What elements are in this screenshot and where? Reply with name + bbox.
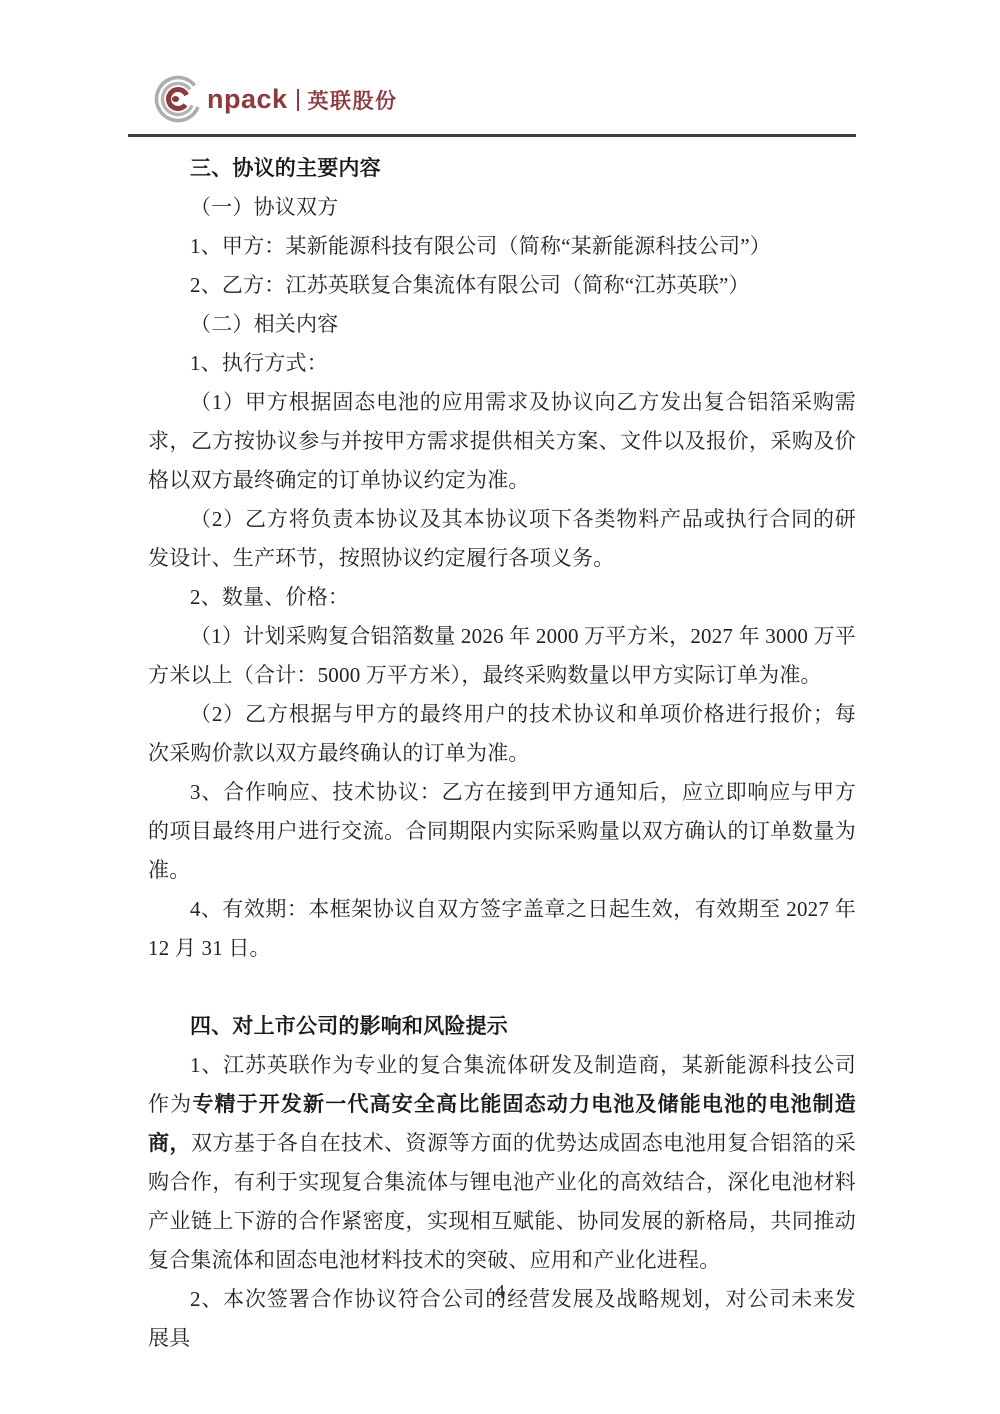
execution-method-subheading: 1、执行方式： xyxy=(148,344,856,383)
execution-clause-1: （1）甲方根据固态电池的应用需求及协议向乙方发出复合铝箔采购需求，乙方按协议参与… xyxy=(148,383,856,500)
price-clause: （2）乙方根据与甲方的最终用户的技术协议和单项价格进行报价；每次采购价款以双方最… xyxy=(148,695,856,773)
page-number: 4 xyxy=(495,1281,505,1303)
enpack-e-mark-icon xyxy=(154,70,206,126)
document-body: 三、协议的主要内容 （一）协议双方 1、甲方：某新能源科技有限公司（简称“某新能… xyxy=(148,149,856,1358)
section-4-heading: 四、对上市公司的影响和风险提示 xyxy=(148,1007,856,1046)
page-header: npack 英联股份 xyxy=(0,0,1000,140)
quantity-price-subheading: 2、数量、价格： xyxy=(148,578,856,617)
quantity-clause: （1）计划采购复合铝箔数量 2026 年 2000 万平方米，2027 年 30… xyxy=(148,617,856,695)
validity-clause: 4、有效期：本框架协议自双方签字盖章之日起生效，有效期至 2027 年 12 月… xyxy=(148,890,856,968)
cooperation-clause: 3、合作响应、技术协议：乙方在接到甲方通知后，应立即响应与甲方的项目最终用户进行… xyxy=(148,773,856,890)
company-logo: npack 英联股份 xyxy=(154,70,398,126)
page-footer: 4 xyxy=(0,1281,1000,1304)
logo-wordmark: npack xyxy=(207,86,288,113)
parties-subheading: （一）协议双方 xyxy=(148,188,856,227)
section-3-heading: 三、协议的主要内容 xyxy=(148,149,856,188)
party-a-line: 1、甲方：某新能源科技有限公司（简称“某新能源科技公司”） xyxy=(148,227,856,266)
impact-run-normal-2: 双方基于各自在技术、资源等方面的优势达成固态电池用复合铝箔的采购合作，有利于实现… xyxy=(148,1131,856,1272)
related-content-subheading: （二）相关内容 xyxy=(148,305,856,344)
logo-divider xyxy=(297,89,299,111)
logo-chinese-name: 英联股份 xyxy=(308,85,398,115)
header-rule xyxy=(128,134,856,137)
impact-paragraph-1: 1、江苏英联作为专业的复合集流体研发及制造商，某新能源科技公司作为专精于开发新一… xyxy=(148,1046,856,1280)
execution-clause-2: （2）乙方将负责本协议及其本协议项下各类物料产品或执行合同的研发设计、生产环节，… xyxy=(148,500,856,578)
party-b-line: 2、乙方：江苏英联复合集流体有限公司（简称“江苏英联”） xyxy=(148,266,856,305)
